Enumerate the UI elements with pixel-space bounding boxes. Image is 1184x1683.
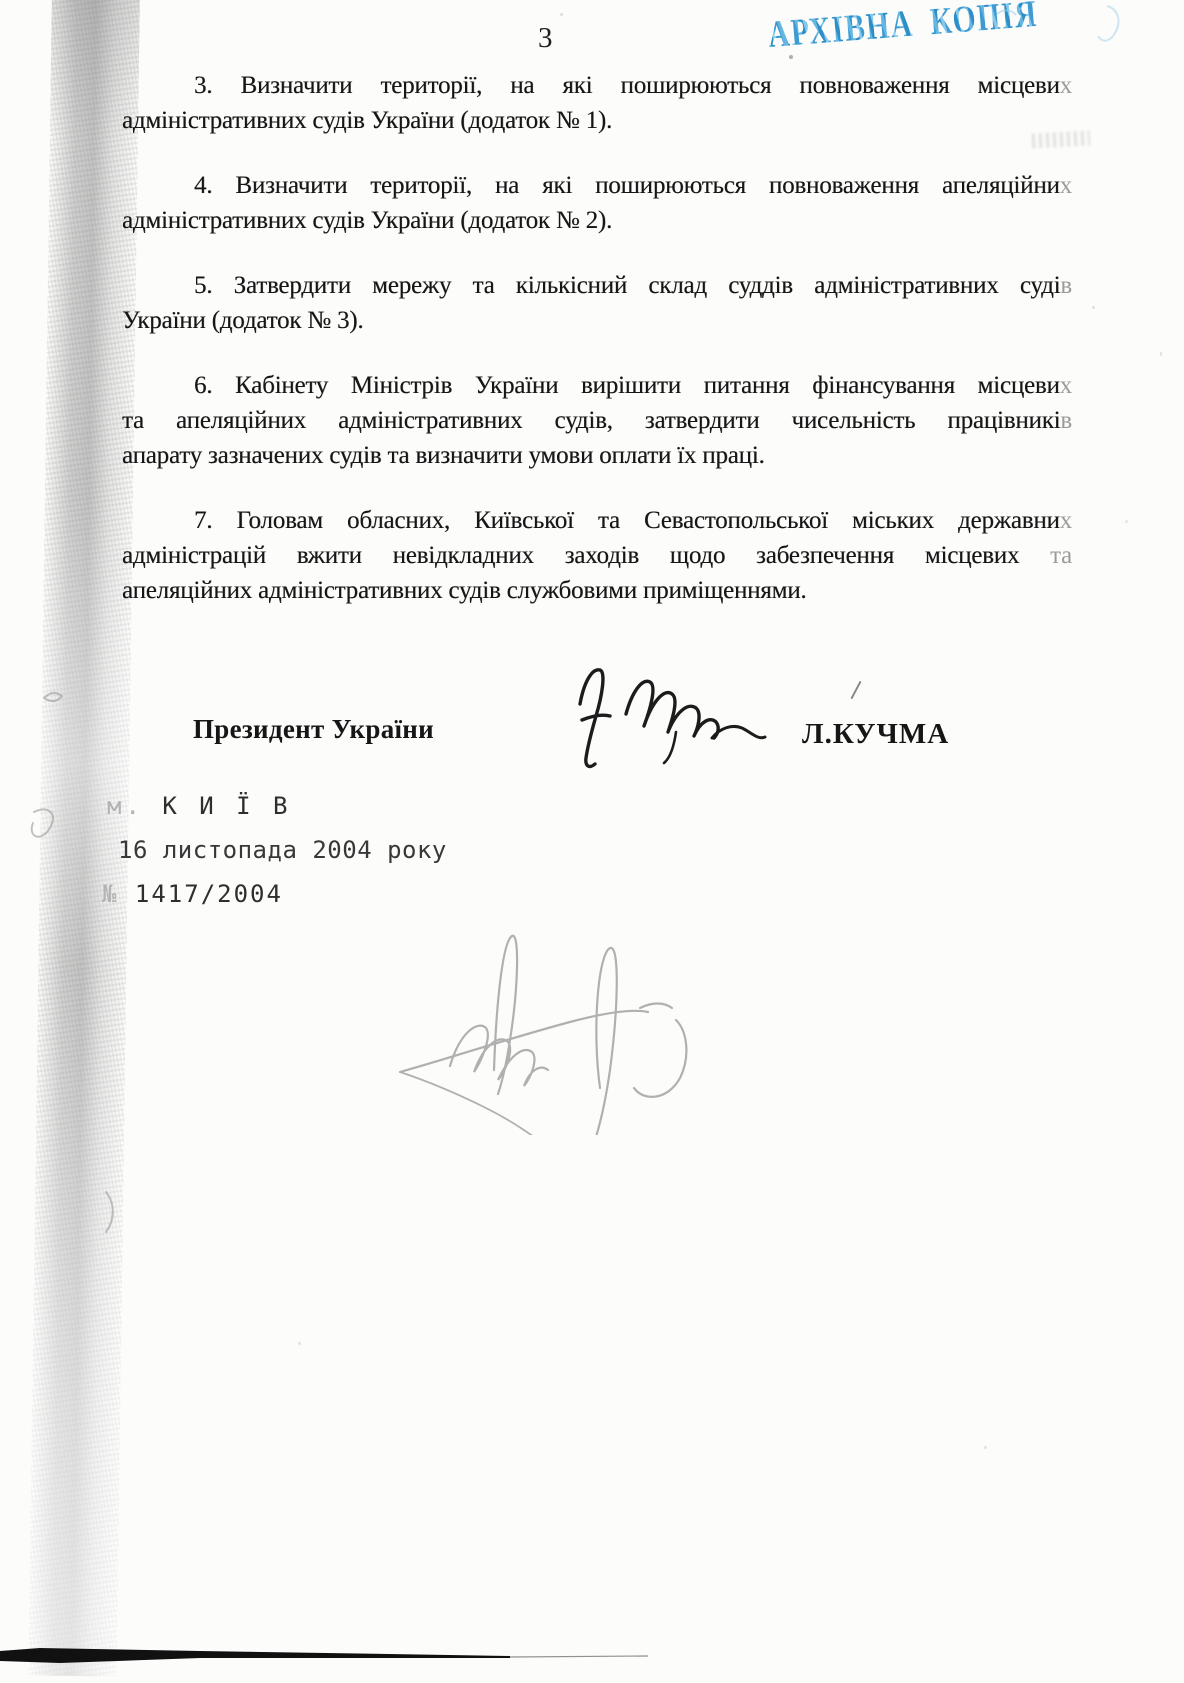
- paragraph-7-line-1: 7. Головам обласних, Київської та Севаст…: [122, 503, 1072, 538]
- slash-artifact: [850, 681, 861, 700]
- date-line: 16 листопада 2004 року: [118, 836, 447, 864]
- line-text: та апеляційних адміністративних судів, з…: [122, 407, 1060, 434]
- speck: [984, 1446, 987, 1449]
- line-text: 5. Затвердити мережу та кількісний склад…: [194, 272, 1060, 299]
- faded-line-end: та: [1019, 542, 1072, 569]
- paragraph-4-line-1: 4. Визначити території, на які поширюють…: [122, 168, 1072, 203]
- line-text: 4. Визначити території, на які поширюють…: [194, 172, 1060, 199]
- line-text: адміністрацій вжити невідкладних заходів…: [122, 542, 1019, 569]
- speck: [1125, 520, 1128, 523]
- paragraph-5-line-1: 5. Затвердити мережу та кількісний склад…: [122, 268, 1072, 303]
- paragraph-5-line-2: України (додаток № 3).: [122, 303, 1072, 338]
- paragraph-6-line-1: 6. Кабінету Міністрів України вирішити п…: [122, 368, 1072, 403]
- paragraph-4-line-2: адміністративних судів України (додаток …: [122, 203, 1072, 238]
- faded-line-end: х: [1060, 372, 1072, 399]
- paragraph-7-line-3: апеляційних адміністративних судів служб…: [122, 573, 1072, 608]
- faded-line-end: в: [1060, 407, 1072, 434]
- city-name: К И Ї В: [144, 792, 292, 820]
- speck: [1160, 352, 1162, 356]
- page-number: 3: [538, 22, 553, 55]
- paragraph-6-line-3: апарату зазначених судів та визначити ум…: [122, 438, 1072, 473]
- line-text: 6. Кабінету Міністрів України вирішити п…: [194, 372, 1060, 399]
- paragraph-4: 4. Визначити території, на які поширюють…: [122, 168, 1072, 238]
- speck: [1092, 306, 1095, 309]
- scanned-decree-page: 3 АРХІВНА КОПІЯ 3. Визначити території, …: [0, 0, 1184, 1683]
- paragraph-3: 3. Визначити території, на які поширюють…: [122, 68, 1072, 138]
- speck: [298, 1342, 301, 1345]
- paragraph-3-line-1: 3. Визначити території, на які поширюють…: [122, 68, 1072, 103]
- faded-line-end: х: [1060, 72, 1072, 99]
- paragraph-5: 5. Затвердити мережу та кількісний склад…: [122, 268, 1072, 338]
- line-text: 7. Головам обласних, Київської та Севаст…: [194, 507, 1060, 534]
- bottom-scan-streak: [0, 1644, 700, 1676]
- document-body: 3. Визначити території, на які поширюють…: [122, 68, 1072, 638]
- paragraph-7: 7. Головам обласних, Київської та Севаст…: [122, 503, 1072, 608]
- pencil-signature: [390, 920, 710, 1135]
- paragraph-3-line-2: адміністративних судів України (додаток …: [122, 103, 1072, 138]
- ink-dot-artifact: [789, 55, 793, 59]
- faded-line-end: х: [1060, 172, 1072, 199]
- president-title: Президент України: [193, 714, 434, 745]
- faded-line-end: х: [1060, 507, 1072, 534]
- kuchma-ink-signature: [558, 660, 773, 785]
- speck: [560, 13, 563, 16]
- stamp-residue-marks: [975, 0, 1175, 60]
- faded-line-end: в: [1060, 272, 1072, 299]
- paragraph-6-line-2: та апеляційних адміністративних судів, з…: [122, 403, 1072, 438]
- margin-scribbles: [18, 680, 148, 1240]
- paragraph-7-line-2: адміністрацій вжити невідкладних заходів…: [122, 538, 1072, 573]
- kuchma-name: Л.КУЧМА: [802, 718, 949, 751]
- line-text: 3. Визначити території, на які поширюють…: [194, 72, 1060, 99]
- paragraph-6: 6. Кабінету Міністрів України вирішити п…: [122, 368, 1072, 473]
